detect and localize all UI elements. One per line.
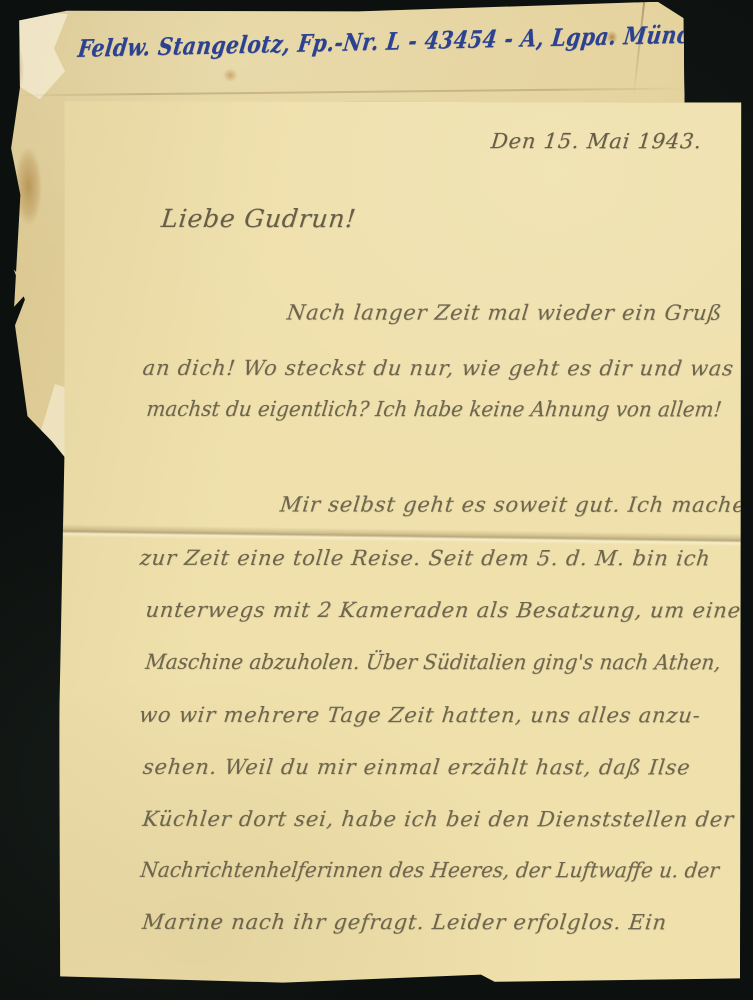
letter-body-line: Nachrichtenhelferinnen des Heeres, der L… xyxy=(139,858,720,882)
letter-body-line: machst du eigentlich? Ich habe keine Ahn… xyxy=(145,397,723,421)
letter-body-line: unterwegs mit 2 Kameraden als Besatzung,… xyxy=(144,598,742,623)
letter-salutation: Liebe Gudrun! xyxy=(160,204,358,233)
envelope-address-handwriting: Feldw. Stangelotz, Fp.-Nr. L - 43454 - A… xyxy=(76,18,753,63)
torn-paper-edge-top-left xyxy=(4,7,69,100)
letter-body-line: Maschine abzuholen. Über Süditalien ging… xyxy=(144,650,722,674)
letter-body-line: Küchler dort sei, habe ich bei den Diens… xyxy=(142,807,736,832)
letter-body-line: Nach langer Zeit mal wieder ein Gruß xyxy=(286,301,724,325)
envelope-fold-edge xyxy=(6,87,684,96)
letter-body-line: an dich! Wo steckst du nur, wie geht es … xyxy=(141,356,735,381)
letter-body-line: wo wir mehrere Tage Zeit hatten, uns all… xyxy=(138,703,702,727)
stain xyxy=(220,66,240,84)
letter-sheet: Den 15. Mai 1943. Liebe Gudrun! Nach lan… xyxy=(58,100,744,986)
letter-body-line: sehen. Weil du mir einmal erzählt hast, … xyxy=(142,755,692,779)
letter-fold-crease xyxy=(58,524,744,548)
letter-body-line: zur Zeit eine tolle Reise. Seit dem 5. d… xyxy=(139,546,712,570)
letter-date: Den 15. Mai 1943. xyxy=(410,129,703,153)
letter-body-line: Marine nach ihr gefragt. Leider erfolglo… xyxy=(141,910,668,934)
letter-body-line: Mir selbst geht es soweit gut. Ich mache xyxy=(279,492,744,516)
stain xyxy=(11,136,46,236)
photo-stage: Feldw. Stangelotz, Fp.-Nr. L - 43454 - A… xyxy=(0,0,753,1000)
